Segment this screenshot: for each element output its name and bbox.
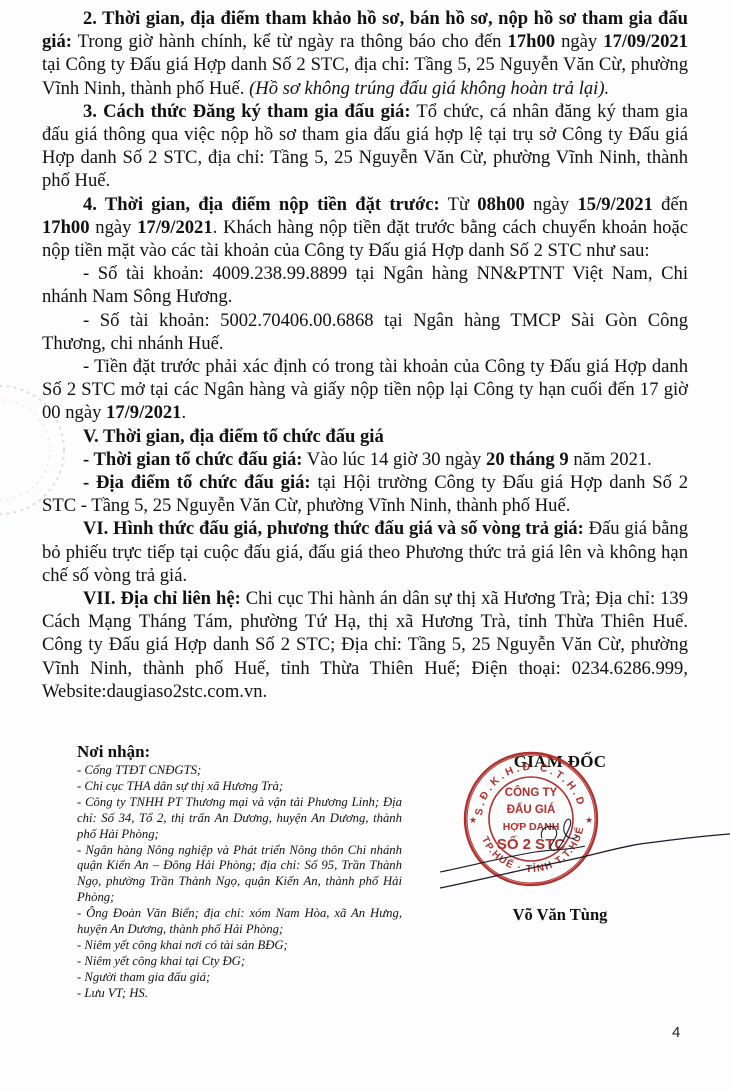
paragraph-Va: - Thời gian tổ chức đấu giá: Vào lúc 14 …: [42, 448, 688, 471]
document-body: 2. Thời gian, địa điểm tham khảo hồ sơ, …: [42, 7, 688, 703]
recipient-item: - Ngân hàng Nông nghiệp và Phát triển Nô…: [77, 843, 402, 907]
recipient-item: - Lưu VT; HS.: [77, 986, 402, 1002]
document-page: 2. Thời gian, địa điểm tham khảo hồ sơ, …: [0, 0, 730, 1091]
page-number: 4: [672, 1024, 680, 1041]
paragraph-VII: VII. Địa chỉ liên hệ: Chi cục Thi hành á…: [42, 587, 688, 703]
recipient-item: - Ông Đoàn Văn Biển; địa chỉ: xóm Nam Hò…: [77, 906, 402, 938]
recipients-title: Nơi nhận:: [77, 742, 402, 762]
paragraph-2: 2. Thời gian, địa điểm tham khảo hồ sơ, …: [42, 7, 688, 100]
signer-name: Võ Văn Tùng: [470, 905, 650, 925]
recipient-item: - Niêm yết công khai nơi có tài sản BĐG;: [77, 938, 402, 954]
recipient-item: - Chi cục THA dân sự thị xã Hương Trà;: [77, 779, 402, 795]
recipients-list: - Cổng TTĐT CNĐGTS;- Chi cục THA dân sự …: [77, 763, 402, 1002]
recipient-item: - Cổng TTĐT CNĐGTS;: [77, 763, 402, 779]
handwritten-signature: [440, 800, 730, 900]
recipient-item: - Niêm yết công khai tại Cty ĐG;: [77, 954, 402, 970]
paragraph-VI: VI. Hình thức đấu giá, phương thức đấu g…: [42, 517, 688, 587]
paragraph-V: V. Thời gian, địa điểm tổ chức đấu giá: [42, 425, 688, 448]
paragraph-4: 4. Thời gian, địa điểm nộp tiền đặt trướ…: [42, 193, 688, 263]
recipient-item: - Công ty TNHH PT Thương mại và vận tải …: [77, 795, 402, 843]
recipient-item: - Người tham gia đấu giá;: [77, 970, 402, 986]
recipients-block: Nơi nhận: - Cổng TTĐT CNĐGTS;- Chi cục T…: [77, 742, 402, 1002]
paragraph-4a: - Số tài khoản: 4009.238.99.8899 tại Ngâ…: [42, 262, 688, 308]
paragraph-4b: - Số tài khoản: 5002.70406.00.6868 tại N…: [42, 309, 688, 355]
paragraph-Vb: - Địa điểm tổ chức đấu giá: tại Hội trườ…: [42, 471, 688, 517]
svg-text:CÔNG TY: CÔNG TY: [505, 786, 558, 799]
paragraph-3: 3. Cách thức Đăng ký tham gia đấu giá: T…: [42, 100, 688, 193]
paragraph-4c: - Tiền đặt trước phải xác định có trong …: [42, 355, 688, 425]
